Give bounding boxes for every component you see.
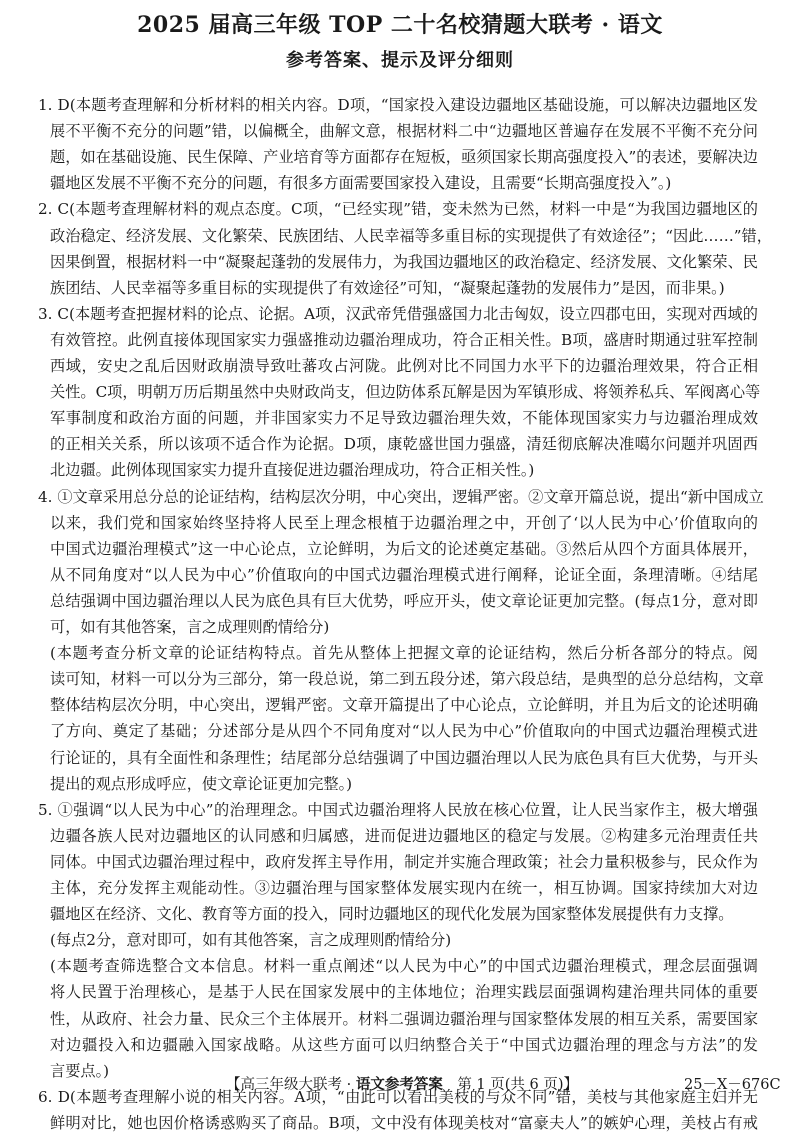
answer-text-line: 因果倒置，根据材料一中“凝聚起蓬勃的发展伟力，为我国边疆地区的政治稳定、经济发展… — [50, 249, 758, 275]
answer-text-line: 政治稳定、经济发展、文化繁荣、民族团结、人民幸福等多重目标的实现提供了有效途径”… — [50, 223, 758, 249]
answer-text-line: 题，如在基础设施、民生保障、产业培育等方面都存在短板，亟须国家长期高强度投入”的… — [50, 144, 758, 170]
answer-text-line: 军事制度和政治方面的问题，并非国家实力不足导致边疆治理失效，不能体现国家实力与边… — [50, 405, 758, 431]
answer-first-line: 2. C(本题考查理解材料的观点态度。C项，“已经实现”错，变未然为已然，材料一… — [38, 196, 758, 222]
answer-first-line: 1. D(本题考查理解和分析材料的相关内容。D项，“国家投入建设边疆地区基础设施… — [38, 92, 758, 118]
answer-text-line: 边疆各族人民对边疆地区的认同感和归属感，进而促进边疆地区的稳定与发展。②构建多元… — [50, 823, 758, 849]
answer-text-line: 将人民置于治理核心，是基于人民在国家发展中的主体地位；治理实践层面强调构建治理共… — [50, 979, 758, 1005]
footer-prefix: 【高三年级大联考 · — [226, 1077, 356, 1093]
answer-explanation-line: (每点2分，意对即可，如有其他答案，言之成理则酌情给分) — [50, 927, 758, 953]
answer-text-line: 疆地区发展不平衡不充分的问题，有很多方面需要国家投入建设，且需要“长期高强度投入… — [50, 170, 758, 196]
answer-text-line: 以来，我们党和国家始终坚持将人民至上理念根植于边疆治理之中，开创了‘以人民为中心… — [50, 510, 758, 536]
answer-first-line: 3. C(本题考查把握材料的论点、论据。A项，汉武帝凭借强盛国力北击匈奴，设立四… — [38, 301, 758, 327]
footer-page-number: 第 1 页(共 6 页)】 — [443, 1077, 578, 1093]
footer-subject: 语文参考答案 — [356, 1077, 443, 1093]
page-subtitle: 参考答案、提示及评分细则 — [0, 46, 800, 72]
answer-text-line: 西域，安史之乱后因财政崩溃导致吐蕃攻占河陇。此例对比不同国力水平下的边疆治理效果… — [50, 353, 758, 379]
answer-text-line: 性，从政府、社会力量、民众三个主体展开。材料二强调边疆治理与国家整体发展的相互关… — [50, 1006, 758, 1032]
answer-first-line: 5. ①强调“以人民为中心”的治理理念。中国式边疆治理将人民放在核心位置，让人民… — [38, 797, 758, 823]
answer-text-line: 关性。C项，明朝万历后期虽然中央财政尚支，但边防体系瓦解是因为军镇形成、将领养私… — [50, 379, 758, 405]
answer-text-line: 总结强调中国边疆治理以人民为底色具有巨大优势，呼应开头，使文章论证更加完整。(每… — [50, 588, 758, 614]
answer-text-line: 提出的观点形成呼应，使文章论证更加完整。) — [50, 771, 758, 797]
answer-text-line: 整体结构层次分明，中心突出，逻辑严密。文章开篇提出了中心论点，立论鲜明，并且为后… — [50, 692, 758, 718]
answer-text-line: 北边疆。此例体现国家实力提升直接促进边疆治理成功，符合正相关性。) — [50, 457, 758, 483]
page-footer: 【高三年级大联考 · 语文参考答案 第 1 页(共 6 页)】 25－X－676… — [0, 1074, 800, 1096]
answer-text-line: 了方向、奠定了基础；分述部分是从四个不同角度对“以人民为中心”价值取向的中国式边… — [50, 718, 758, 744]
answer-text-line: 中国式边疆治理模式”这一中心论点，立论鲜明，为后文的论述奠定基础。③然后从四个方… — [50, 536, 758, 562]
answer-text-line: 族团结、人民幸福等多重目标的实现提供了有效途径”可知，“凝聚起蓬勃的发展伟力”是… — [50, 275, 758, 301]
answer-first-line: 4. ①文章采用总分总的论证结构，结构层次分明，中心突出，逻辑严密。②文章开篇总… — [38, 484, 758, 510]
answer-text-line: 从不同角度对“以人民为中心”价值取向的中国式边疆治理模式进行阐释，论证全面，条理… — [50, 562, 758, 588]
answer-text-line: 主体，充分发挥主观能动性。③边疆治理与国家整体发展实现内在统一，相互协调。国家持… — [50, 875, 758, 901]
answer-explanation-line: (本题考查分析文章的论证结构特点。首先从整体上把握文章的论证结构，然后分析各部分… — [50, 640, 758, 666]
answer-text-line: 有效管控。此例直接体现国家实力强盛推动边疆治理成功，符合正相关性。B项，盛唐时期… — [50, 327, 758, 353]
answer-text-line: 疆地区在经济、文化、教育等方面的投入，同时边疆地区的现代化发展为国家整体发展提供… — [50, 901, 758, 927]
answer-text-line: 鲜明对比，她也因价格诱惑购买了商品。B项，文中没有体现美枝对“富豪夫人”的嫉妒心… — [50, 1110, 758, 1132]
answer-text-line: 读可知，材料一可以分为三部分，第一段总说，第二到五段分述，第六段总结，是典型的总… — [50, 666, 758, 692]
answer-text-line: 同体。中国式边疆治理过程中，政府发挥主导作用，制定并实施合理政策；社会力量积极参… — [50, 849, 758, 875]
answer-text-line: 展不平衡不充分的问题”错，以偏概全，曲解文意，根据材料二中“边疆地区普遍存在发展… — [50, 118, 758, 144]
answer-text-line: 行论证的，具有全面性和条理性；结尾部分总结强调了中国边疆治理以人民为底色具有巨大… — [50, 745, 758, 771]
footer-page-info: 【高三年级大联考 · 语文参考答案 第 1 页(共 6 页)】 — [226, 1074, 578, 1096]
answer-explanation-line: (本题考查筛选整合文本信息。材料一重点阐述“以人民为中心”的中国式边疆治理模式，… — [50, 953, 758, 979]
answer-text-line: 可，如有其他答案，言之成理则酌情给分) — [50, 614, 758, 640]
answer-text-line: 的正相关关系，所以该项不适合作为论据。D项，康乾盛世国力强盛，清廷彻底解决准噶尔… — [50, 431, 758, 457]
page-title: 2025 届高三年级 TOP 二十名校猜题大联考 · 语文 — [0, 8, 800, 39]
footer-doc-code: 25－X－676C — [684, 1074, 781, 1096]
answer-text-line: 对边疆投入和边疆融入国家战略。从这些方面可以归纳整合关于“中国式边疆治理的理念与… — [50, 1032, 758, 1058]
